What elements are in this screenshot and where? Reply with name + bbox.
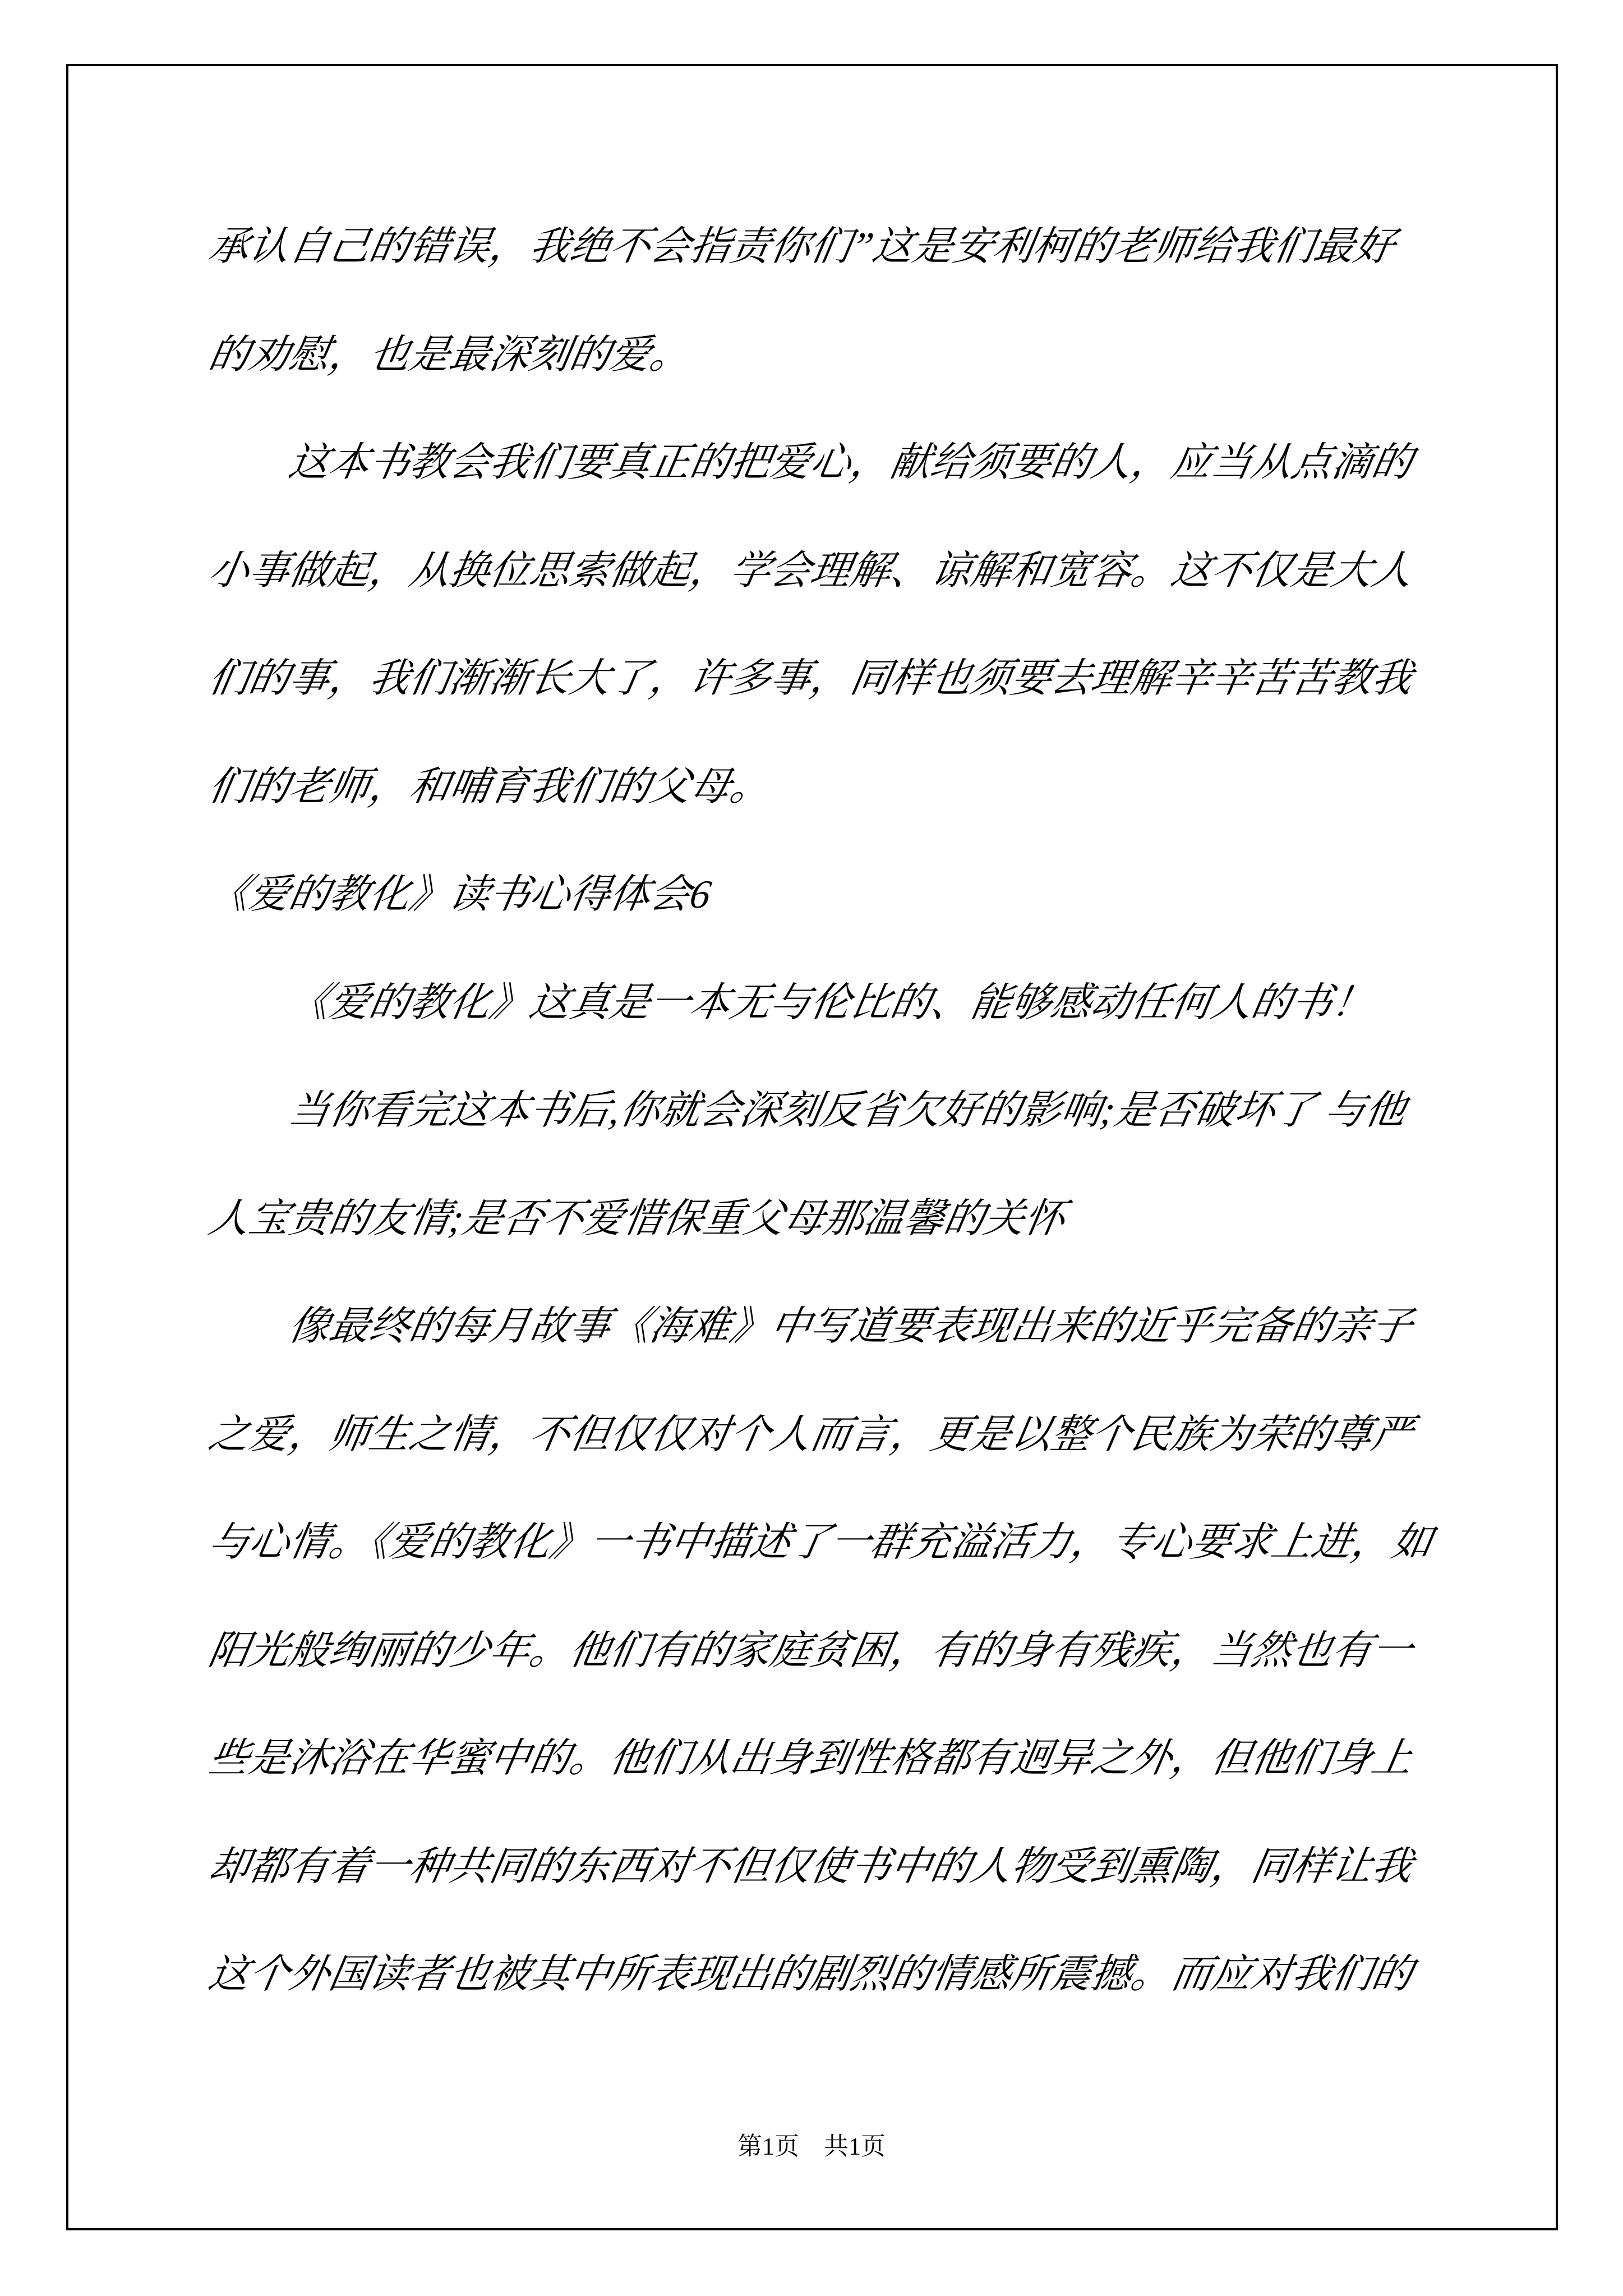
text-line: 像最终的每月故事《海难》中写道要表现出来的近乎完备的亲子 <box>200 1273 1475 1381</box>
text-line: 阳光般绚丽的少年。他们有的家庭贫困，有的身有残疾，当然也有一 <box>200 1597 1475 1705</box>
text-line: 人宝贵的友情;是否不爱惜保重父母那温馨的关怀 <box>200 1165 1475 1273</box>
section-heading-line: 《爱的教化》读书心得体会6 <box>200 841 1475 949</box>
text-line: 却都有着一种共同的东西对不但仅使书中的人物受到熏陶，同样让我 <box>200 1813 1475 1921</box>
text-line: 这本书教会我们要真正的把爱心，献给须要的人，应当从点滴的 <box>200 409 1475 517</box>
text-line: 这个外国读者也被其中所表现出的剧烈的情感所震撼。而应对我们的 <box>200 1921 1475 2029</box>
text-line: 《爱的教化》这真是一本无与伦比的、能够感动任何人的书！ <box>200 949 1475 1057</box>
document-page: 承认自己的错误，我绝不会指责你们”这是安利柯的老师给我们最好 的劝慰，也是最深刻… <box>0 0 1623 2296</box>
text-line: 承认自己的错误，我绝不会指责你们”这是安利柯的老师给我们最好 <box>200 193 1475 301</box>
text-line: 小事做起，从换位思索做起，学会理解、谅解和宽容。这不仅是大人 <box>200 517 1475 625</box>
text-line: 与心情。《爱的教化》一书中描述了一群充溢活力，专心要求上进，如 <box>200 1489 1475 1597</box>
text-line: 们的事，我们渐渐长大了，许多事，同样也须要去理解辛辛苦苦教我 <box>200 625 1475 733</box>
text-line: 当你看完这本书后,你就会深刻反省欠好的影响;是否破坏了 与他 <box>200 1057 1475 1165</box>
text-line: 的劝慰，也是最深刻的爱。 <box>200 301 1475 409</box>
text-line: 些是沐浴在华蜜中的。他们从出身到性格都有迥异之外，但他们身上 <box>200 1705 1475 1813</box>
page-number-footer: 第1页 共1页 <box>0 2126 1623 2162</box>
text-line: 们的老师，和哺育我们的父母。 <box>200 733 1475 841</box>
text-line: 之爱，师生之情，不但仅仅对个人而言，更是以整个民族为荣的尊严 <box>200 1381 1475 1489</box>
document-body: 承认自己的错误，我绝不会指责你们”这是安利柯的老师给我们最好 的劝慰，也是最深刻… <box>200 193 1456 2029</box>
